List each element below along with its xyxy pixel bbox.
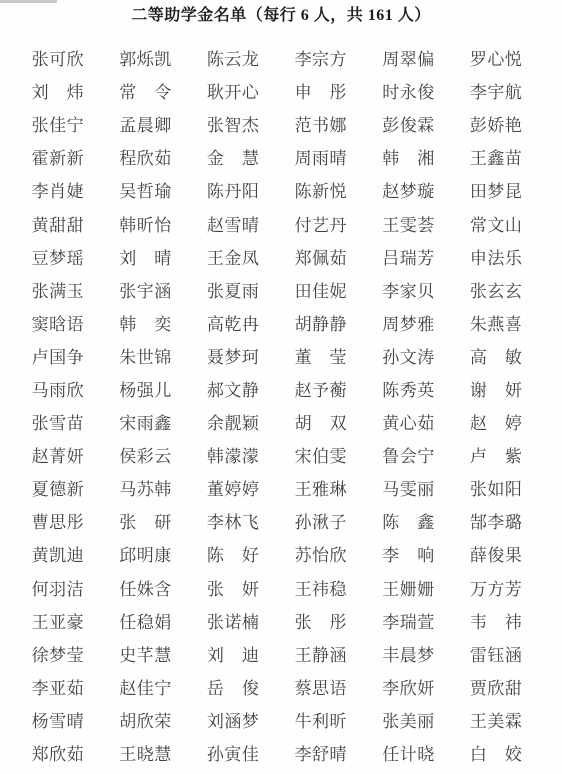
name-cell: 高 敏 <box>470 343 523 368</box>
name-cell: 鲁会宁 <box>382 442 435 467</box>
name-cell: 卢国争 <box>32 343 85 368</box>
name-row: 窦晗语韩 奕高乾冉胡静静周梦雅朱燕喜 <box>14 306 540 339</box>
name-cell: 薛俊果 <box>470 541 523 566</box>
name-cell: 陈云龙 <box>207 45 260 70</box>
name-cell: 郜李璐 <box>470 508 523 533</box>
name-cell: 王金凤 <box>207 244 260 269</box>
name-cell: 李亚茹 <box>32 674 85 699</box>
name-cell: 王雯荟 <box>382 211 435 236</box>
name-cell: 黄凯迪 <box>32 541 85 566</box>
name-cell: 陈 鑫 <box>382 508 435 533</box>
name-cell: 彭俊霖 <box>382 111 435 136</box>
name-row: 赵菁妍侯彩云韩濛濛宋伯雯鲁会宁卢 紫 <box>14 438 540 471</box>
name-cell: 丰晨梦 <box>382 641 435 666</box>
name-cell: 王美霖 <box>470 707 523 732</box>
name-cell: 李舒晴 <box>295 740 348 765</box>
name-cell: 耿开心 <box>207 78 260 103</box>
name-cell: 张 彤 <box>295 608 348 633</box>
name-row: 张可欣郭烁凯陈云龙李宗方周翠偏罗心悦 <box>14 41 540 74</box>
name-cell: 陈新悦 <box>295 177 348 202</box>
name-cell: 田佳妮 <box>295 277 348 302</box>
name-cell: 张玄玄 <box>470 277 523 302</box>
name-cell: 赵佳宁 <box>119 674 172 699</box>
name-cell: 金 慧 <box>207 144 260 169</box>
name-cell: 周梦雅 <box>382 310 435 335</box>
name-cell: 余靓颖 <box>207 409 260 434</box>
name-cell: 彭娇艳 <box>470 111 523 136</box>
name-cell: 申 彤 <box>295 78 348 103</box>
name-cell: 张宇涵 <box>119 277 172 302</box>
name-cell: 聂梦珂 <box>207 343 260 368</box>
name-cell: 赵菁妍 <box>32 442 85 467</box>
name-cell: 李宗方 <box>295 45 348 70</box>
name-row: 霍新新程欣茹金 慧周雨晴韩 湘王鑫苗 <box>14 140 540 173</box>
name-row: 张佳宁孟晨卿张智杰范书娜彭俊霖彭娇艳 <box>14 107 540 140</box>
name-cell: 李瑞萱 <box>382 608 435 633</box>
name-list: 张可欣郭烁凯陈云龙李宗方周翠偏罗心悦刘 炜常 令耿开心申 彤时永俊李宇航张佳宁孟… <box>14 41 540 769</box>
name-cell: 胡欣荣 <box>119 707 172 732</box>
name-cell: 陈丹阳 <box>207 177 260 202</box>
name-cell: 吴哲瑜 <box>119 177 172 202</box>
name-cell: 吕瑞芳 <box>382 244 435 269</box>
name-cell: 常文山 <box>470 211 523 236</box>
name-cell: 周翠偏 <box>382 45 435 70</box>
name-cell: 常 令 <box>119 78 172 103</box>
name-cell: 曹思彤 <box>32 508 85 533</box>
name-row: 张满玉张宇涵张夏雨田佳妮李家贝张玄玄 <box>14 273 540 306</box>
name-cell: 郑佩茹 <box>295 244 348 269</box>
name-cell: 夏德新 <box>32 475 85 500</box>
name-cell: 万方芳 <box>470 575 523 600</box>
name-cell: 张可欣 <box>32 45 85 70</box>
name-cell: 邱明康 <box>119 541 172 566</box>
name-cell: 韩 湘 <box>382 144 435 169</box>
name-cell: 李宇航 <box>470 78 523 103</box>
name-cell: 韩濛濛 <box>207 442 260 467</box>
name-cell: 窦晗语 <box>32 310 85 335</box>
name-cell: 史芊慧 <box>119 641 172 666</box>
name-cell: 霍新新 <box>32 144 85 169</box>
name-row: 马雨欣杨强儿郝文静赵予蘅陈秀英谢 妍 <box>14 372 540 405</box>
name-cell: 郑欣茹 <box>32 740 85 765</box>
name-cell: 陈秀英 <box>382 376 435 401</box>
name-cell: 贾欣甜 <box>470 674 523 699</box>
name-cell: 韦 祎 <box>470 608 523 633</box>
name-cell: 何羽洁 <box>32 575 85 600</box>
name-cell: 胡静静 <box>295 310 348 335</box>
name-row: 杨雪晴胡欣荣刘涵梦牛利昕张美丽王美霖 <box>14 703 540 736</box>
name-row: 李亚茹赵佳宁岳 俊蔡思语李欣妍贾欣甜 <box>14 670 540 703</box>
name-cell: 朱世锦 <box>119 343 172 368</box>
name-cell: 申法乐 <box>470 244 523 269</box>
screen-edge-artifact <box>0 0 57 3</box>
name-cell: 范书娜 <box>295 111 348 136</box>
name-cell: 张夏雨 <box>207 277 260 302</box>
name-cell: 罗心悦 <box>470 45 523 70</box>
name-row: 豆梦瑶刘 晴王金凤郑佩茹吕瑞芳申法乐 <box>14 240 540 273</box>
document-page: 二等助学金名单（每行 6 人，共 161 人） 张可欣郭烁凯陈云龙李宗方周翠偏罗… <box>0 0 562 774</box>
name-cell: 杨雪晴 <box>32 707 85 732</box>
name-cell: 李欣妍 <box>382 674 435 699</box>
name-cell: 刘 晴 <box>119 244 172 269</box>
name-cell: 张如阳 <box>470 475 523 500</box>
name-cell: 雷钰涵 <box>470 641 523 666</box>
name-cell: 白 姣 <box>470 740 523 765</box>
name-cell: 郝文静 <box>207 376 260 401</box>
name-cell: 蔡思语 <box>295 674 348 699</box>
name-row: 黄甜甜韩昕怡赵雪晴付艺丹王雯荟常文山 <box>14 206 540 239</box>
name-cell: 宋伯雯 <box>295 442 348 467</box>
name-cell: 马雨欣 <box>32 376 85 401</box>
name-cell: 王姗姗 <box>382 575 435 600</box>
name-row: 刘 炜常 令耿开心申 彤时永俊李宇航 <box>14 74 540 107</box>
name-cell: 马雯丽 <box>382 475 435 500</box>
name-cell: 王静涵 <box>295 641 348 666</box>
name-cell: 董婷婷 <box>207 475 260 500</box>
name-cell: 苏怡欣 <box>295 541 348 566</box>
name-cell: 孟晨卿 <box>119 111 172 136</box>
name-cell: 杨强儿 <box>119 376 172 401</box>
name-cell: 李 响 <box>382 541 435 566</box>
name-cell: 朱燕喜 <box>470 310 523 335</box>
name-cell: 付艺丹 <box>295 211 348 236</box>
name-cell: 韩昕怡 <box>119 211 172 236</box>
name-row: 黄凯迪邱明康陈 好苏怡欣李 响薛俊果 <box>14 537 540 570</box>
name-cell: 张智杰 <box>207 111 260 136</box>
name-cell: 李林飞 <box>207 508 260 533</box>
name-cell: 李家贝 <box>382 277 435 302</box>
name-cell: 任姝含 <box>119 575 172 600</box>
name-cell: 孙湫子 <box>295 508 348 533</box>
name-row: 卢国争朱世锦聂梦珂董 莹孙文涛高 敏 <box>14 339 540 372</box>
name-cell: 黄甜甜 <box>32 211 85 236</box>
name-cell: 韩 奕 <box>119 310 172 335</box>
name-cell: 侯彩云 <box>119 442 172 467</box>
name-row: 李肖婕吴哲瑜陈丹阳陈新悦赵梦璇田梦昆 <box>14 173 540 206</box>
name-cell: 孙寅佳 <box>207 740 260 765</box>
name-cell: 程欣茹 <box>119 144 172 169</box>
name-cell: 卢 紫 <box>470 442 523 467</box>
name-cell: 张诺楠 <box>207 608 260 633</box>
name-cell: 时永俊 <box>382 78 435 103</box>
name-cell: 黄心茹 <box>382 409 435 434</box>
name-cell: 豆梦瑶 <box>32 244 85 269</box>
name-cell: 王鑫苗 <box>470 144 523 169</box>
name-cell: 王雅琳 <box>295 475 348 500</box>
name-cell: 赵 婷 <box>470 409 523 434</box>
name-row: 夏德新马苏韩董婷婷王雅琳马雯丽张如阳 <box>14 471 540 504</box>
name-cell: 张美丽 <box>382 707 435 732</box>
name-cell: 周雨晴 <box>295 144 348 169</box>
name-cell: 董 莹 <box>295 343 348 368</box>
name-cell: 王亚豪 <box>32 608 85 633</box>
name-row: 何羽洁任姝含张 妍王祎稳王姗姗万方芳 <box>14 571 540 604</box>
name-row: 徐梦莹史芊慧刘 迪王静涵丰晨梦雷钰涵 <box>14 637 540 670</box>
name-cell: 高乾冉 <box>207 310 260 335</box>
name-cell: 宋雨鑫 <box>119 409 172 434</box>
name-cell: 任稳娟 <box>119 608 172 633</box>
name-cell: 张 研 <box>119 508 172 533</box>
name-cell: 赵予蘅 <box>295 376 348 401</box>
document-title: 二等助学金名单（每行 6 人，共 161 人） <box>0 0 562 26</box>
name-cell: 郭烁凯 <box>119 45 172 70</box>
name-cell: 张佳宁 <box>32 111 85 136</box>
name-cell: 任计晓 <box>382 740 435 765</box>
name-cell: 岳 俊 <box>207 674 260 699</box>
name-cell: 孙文涛 <box>382 343 435 368</box>
name-cell: 赵梦璇 <box>382 177 435 202</box>
name-cell: 王晓慧 <box>119 740 172 765</box>
name-cell: 陈 好 <box>207 541 260 566</box>
name-cell: 张满玉 <box>32 277 85 302</box>
name-cell: 赵雪晴 <box>207 211 260 236</box>
name-row: 郑欣茹王晓慧孙寅佳李舒晴任计晓白 姣 <box>14 736 540 769</box>
name-cell: 李肖婕 <box>32 177 85 202</box>
name-cell: 牛利昕 <box>295 707 348 732</box>
name-row: 张雪苗宋雨鑫余靓颖胡 双黄心茹赵 婷 <box>14 405 540 438</box>
name-cell: 田梦昆 <box>470 177 523 202</box>
name-cell: 马苏韩 <box>119 475 172 500</box>
name-row: 王亚豪任稳娟张诺楠张 彤李瑞萱韦 祎 <box>14 604 540 637</box>
name-cell: 谢 妍 <box>470 376 523 401</box>
name-cell: 张雪苗 <box>32 409 85 434</box>
name-cell: 徐梦莹 <box>32 641 85 666</box>
name-cell: 胡 双 <box>295 409 348 434</box>
name-cell: 刘 炜 <box>32 78 85 103</box>
name-row: 曹思彤张 研李林飞孙湫子陈 鑫郜李璐 <box>14 504 540 537</box>
name-cell: 张 妍 <box>207 575 260 600</box>
name-cell: 刘 迪 <box>207 641 260 666</box>
name-cell: 王祎稳 <box>295 575 348 600</box>
name-cell: 刘涵梦 <box>207 707 260 732</box>
